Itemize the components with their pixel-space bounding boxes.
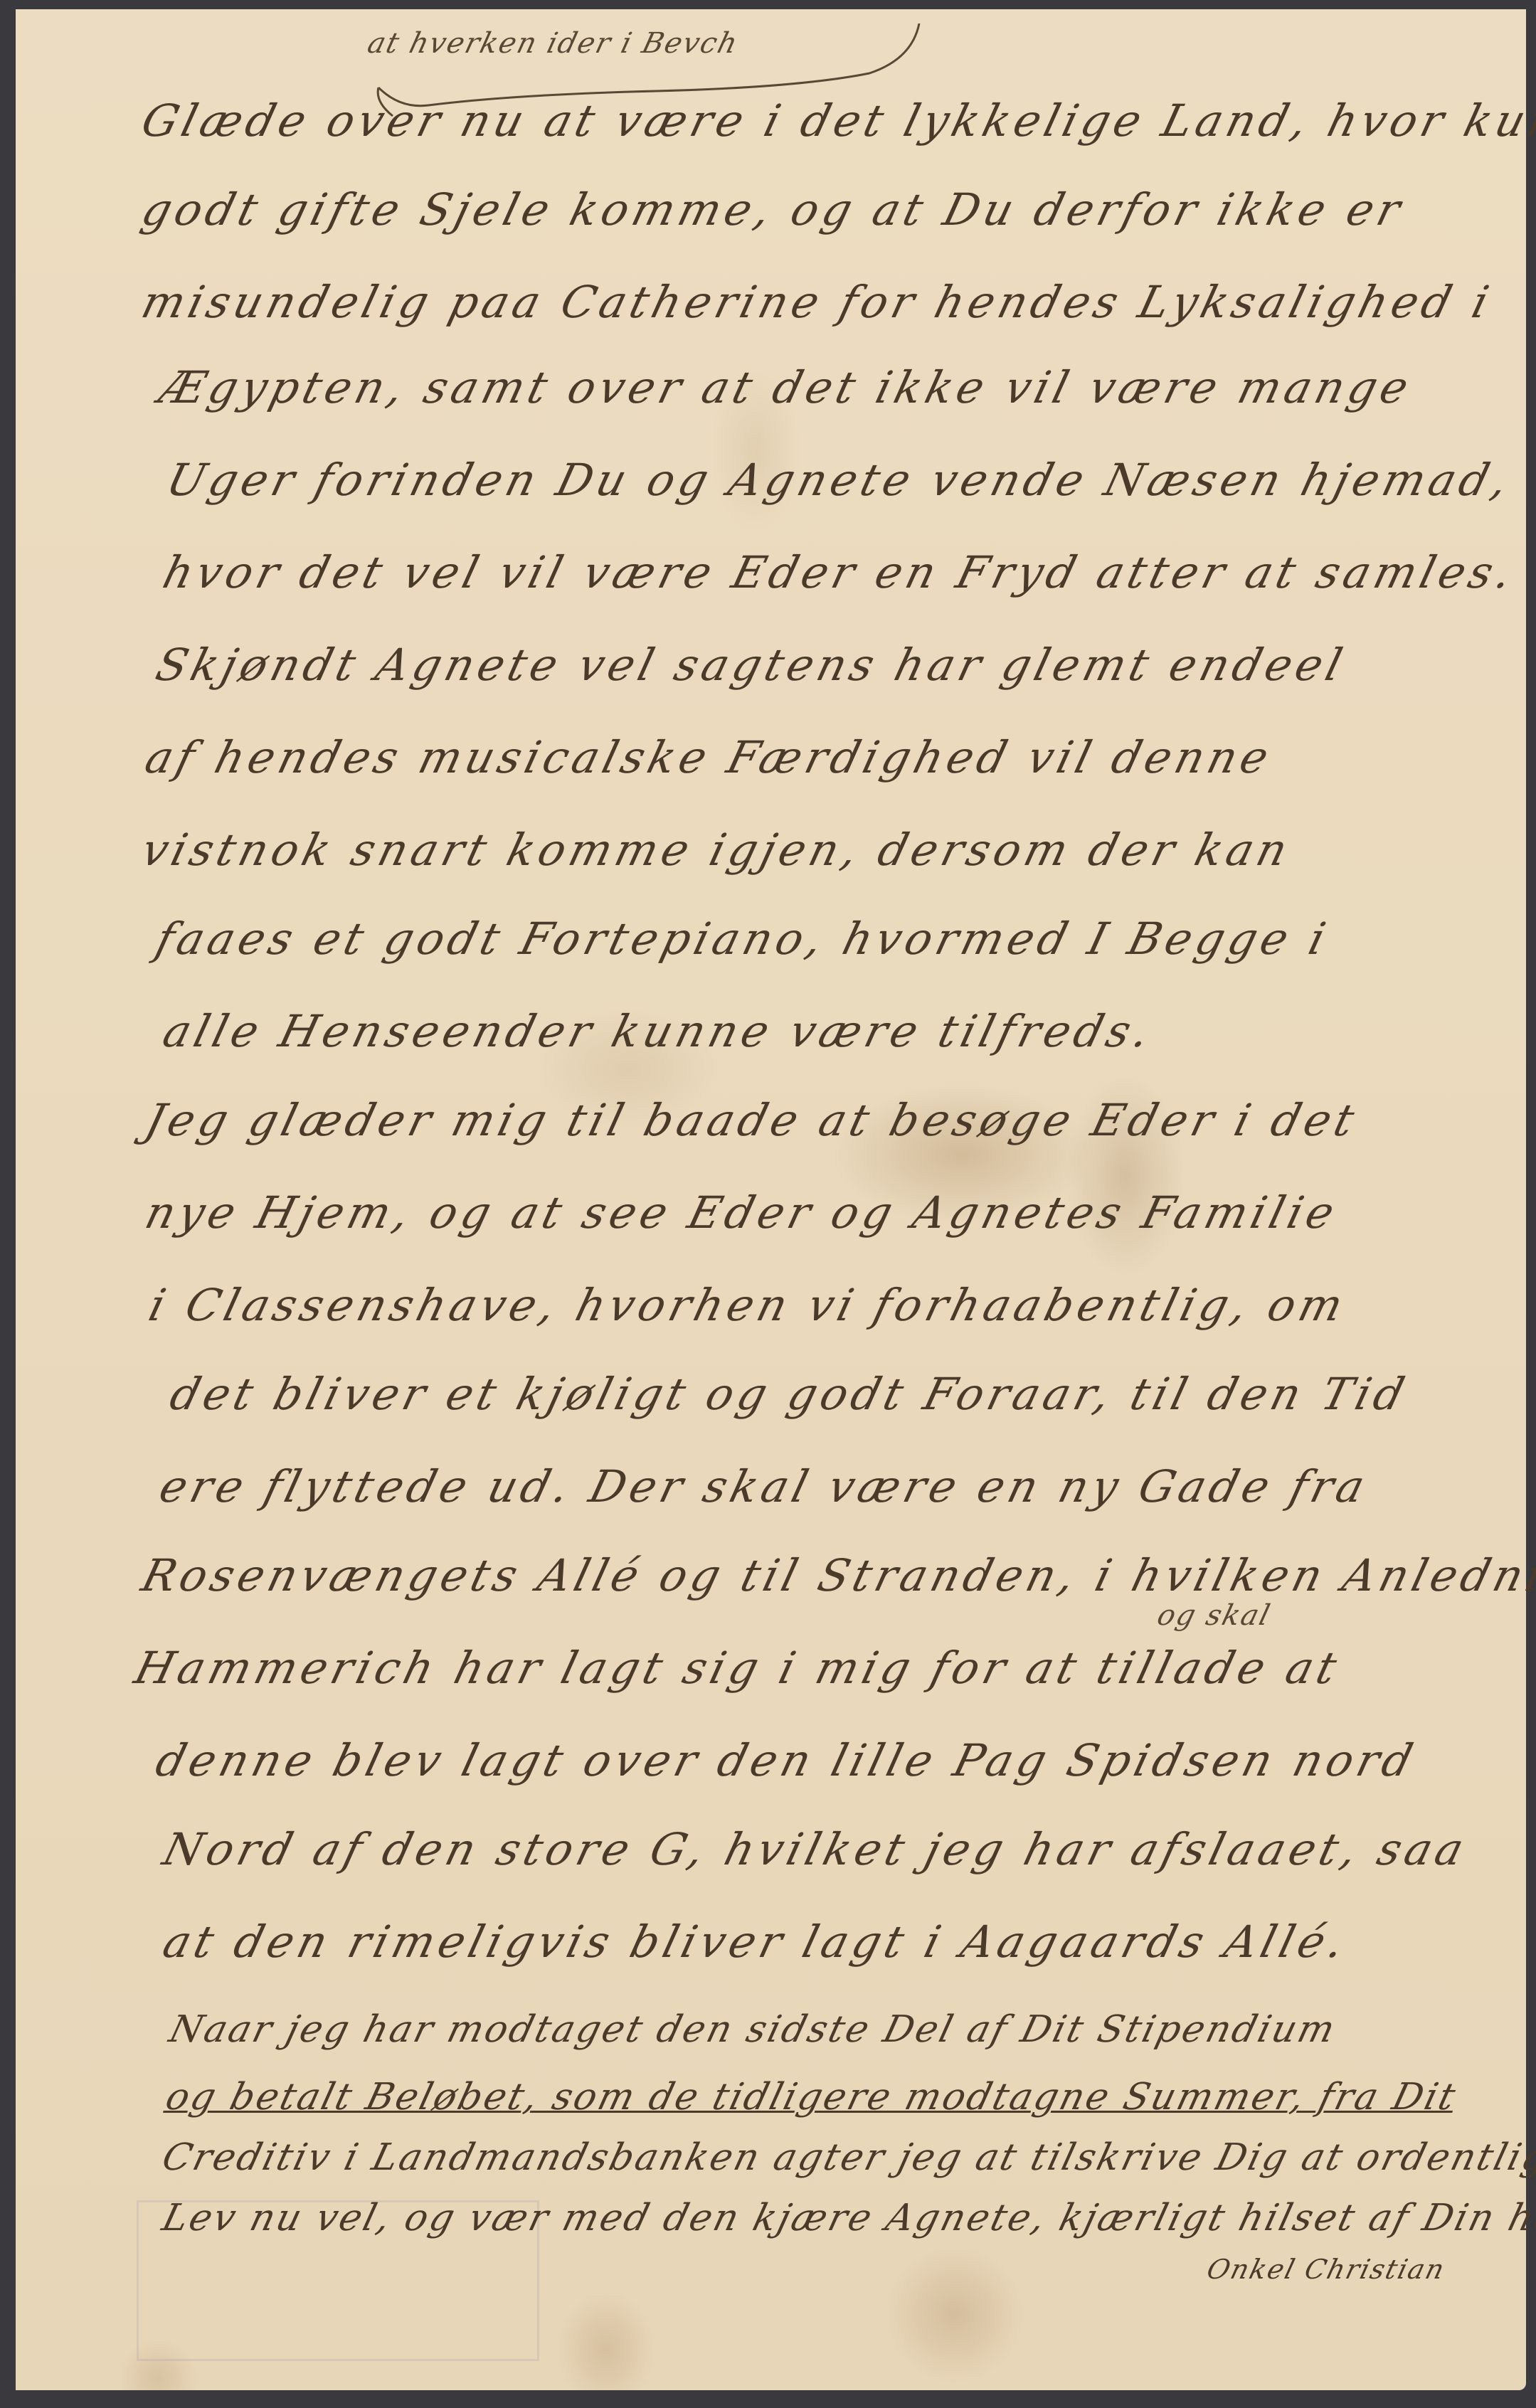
letter-line-11: alle Henseender kunne være tilfreds. — [158, 1005, 1159, 1057]
letter-line-12: Jeg glæder mig til baade at besøge Eder … — [140, 1094, 1364, 1146]
letter-line-25: Lev nu vel, og vær med den kjære Agnete,… — [158, 2197, 1536, 2239]
letter-line-7: Skjøndt Agnete vel sagtens har glemt end… — [151, 639, 1352, 691]
letter-line-4: Ægypten, samt over at det ikke vil være … — [154, 361, 1418, 413]
letter-line-6: hvor det vel vil være Eder en Fryd atter… — [158, 546, 1521, 598]
interlinear-note: og skal — [1154, 1599, 1274, 1632]
letter-line-20: Nord af den store G, hvilket jeg har afs… — [158, 1823, 1473, 1875]
letter-line-24: Creditiv i Landmandsbanken agter jeg at … — [158, 2136, 1536, 2179]
letter-line-18: Hammerich har lagt sig i mig for at till… — [129, 1642, 1346, 1694]
letter-line-17: Rosenvængets Allé og til Stranden, i hvi… — [137, 1549, 1536, 1601]
letter-line-16: ere flyttede ud. Der skal være en ny Gad… — [154, 1460, 1374, 1512]
letter-line-13: nye Hjem, og at see Eder og Agnetes Fami… — [140, 1187, 1344, 1239]
insertion-text: at hverken ider i Bevch — [364, 27, 742, 60]
letter-line-22: Naar jeg har modtaget den sidste Del af … — [165, 2008, 1341, 2051]
letter-line-19: denne blev lagt over den lille Pag Spids… — [151, 1734, 1422, 1786]
letter-line-3: misundelig paa Catherine for hendes Lyks… — [137, 276, 1498, 328]
letter-line-21: at den rimeligvis bliver lagt i Aagaards… — [158, 1916, 1354, 1968]
letter-line-1: Glæde over nu at være i det lykkelige La… — [137, 95, 1536, 147]
letter-line-14: i Classenshave, hvorhen vi forhaabentlig… — [144, 1279, 1352, 1331]
letter-line-10: faaes et godt Fortepiano, hvormed I Begg… — [151, 913, 1335, 965]
letter-line-9: vistnok snart komme igjen, dersom der ka… — [137, 824, 1297, 876]
letter-line-23: og betalt Beløbet, som de tidligere modt… — [161, 2076, 1461, 2118]
letter-line-15: det bliver et kjøligt og godt Foraar, ti… — [165, 1368, 1414, 1420]
signature: Onkel Christian — [1204, 2254, 1448, 2285]
letter-line-5: Uger forinden Du og Agnete vende Næsen h… — [161, 454, 1518, 506]
letter-page: at hverken ider i Bevch Glæde over nu at… — [16, 9, 1526, 2390]
letter-line-8: af hendes musicalske Færdighed vil denne — [140, 731, 1278, 783]
letter-line-2: godt gifte Sjele komme, og at Du derfor … — [137, 184, 1410, 235]
